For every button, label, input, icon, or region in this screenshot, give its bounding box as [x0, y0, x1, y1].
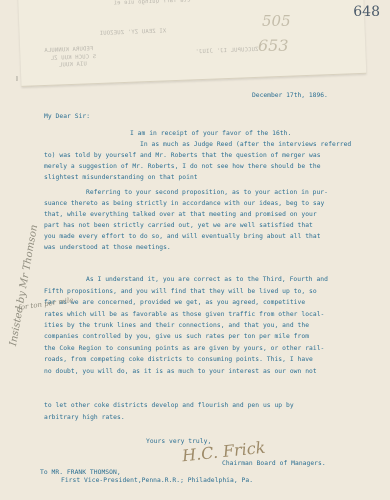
body-line: you made every effort to do so, and will… — [44, 233, 321, 240]
body-line: to let other coke districts develop and … — [44, 402, 294, 409]
body-line: part has not been strictly carried out, … — [44, 222, 313, 229]
body-line: roads, from competing coke districts to … — [44, 356, 313, 363]
body-line: was understood at those meetings. — [44, 244, 171, 251]
ghost-text: XI ZEAU ZY' ZUEZOUI — [99, 28, 166, 37]
ghost-text: S CUCH KUU ZL — [50, 54, 96, 62]
body-line: that, while everything talked over at th… — [44, 211, 317, 218]
body-line: suance thereto as being strictly in acco… — [44, 200, 324, 207]
ghost-text: Cla Tarr Quingo uie ei — [113, 0, 190, 6]
ghost-text: UIA KUUL — [59, 61, 87, 68]
margin-annotation: Insisted by Mr Thomson — [8, 224, 40, 347]
body-line: Referring to your second proposition, as… — [86, 189, 328, 196]
body-line: rates which will be as favorable as thos… — [44, 311, 324, 318]
recipient-name: To MR. FRANK THOMSON, — [40, 469, 121, 476]
ghost-text: FEDURA KUNNULA — [44, 46, 93, 54]
pencil-number: 505 — [262, 12, 291, 30]
hole-mark: ▯ — [15, 75, 19, 84]
body-line: companies controlled by you, give us suc… — [44, 333, 309, 340]
body-line: As I understand it, you are correct as t… — [86, 276, 328, 283]
body-line: Fifth propositions, and you will find th… — [44, 288, 317, 295]
body-line: no doubt, you will do, as it is as much … — [44, 368, 317, 375]
ghost-text: ZUCCUPUL IJ' JIUJ' — [195, 47, 258, 55]
body-line: merely a suggestion of Mr. Roberts, I do… — [44, 163, 321, 170]
body-line: slightest misunderstanding on that point — [44, 174, 198, 181]
signer-title: Chairman Board of Managers. — [222, 460, 326, 467]
body-line: In as much as Judge Reed (after the inte… — [140, 141, 351, 148]
letter-date: December 17th, 1896. — [252, 92, 328, 99]
pencil-number: 653 — [258, 36, 289, 55]
document-page: Cla Tarr Quingo uie ei ZH' JAIGF FIBUIT … — [0, 0, 390, 500]
body-line: far as we are concerned, provided we get… — [44, 299, 305, 306]
body-line: to) was told by yourself and Mr. Roberts… — [44, 152, 321, 159]
body-line: ities by the trunk lines and their conne… — [44, 322, 309, 329]
body-line: arbitrary high rates. — [44, 414, 125, 421]
recipient-address: First Vice-President,Penna.R.R.; Philade… — [61, 477, 253, 484]
carbon-copy-overlay: Cla Tarr Quingo uie ei ZH' JAIGF FIBUIT … — [18, 0, 366, 87]
salutation: My Dear Sir: — [44, 113, 90, 120]
body-line: the Coke Region to consuming points as a… — [44, 345, 324, 352]
body-line: I am in receipt of your favor of the 16t… — [130, 130, 291, 137]
folio-number: 648 — [353, 4, 380, 20]
